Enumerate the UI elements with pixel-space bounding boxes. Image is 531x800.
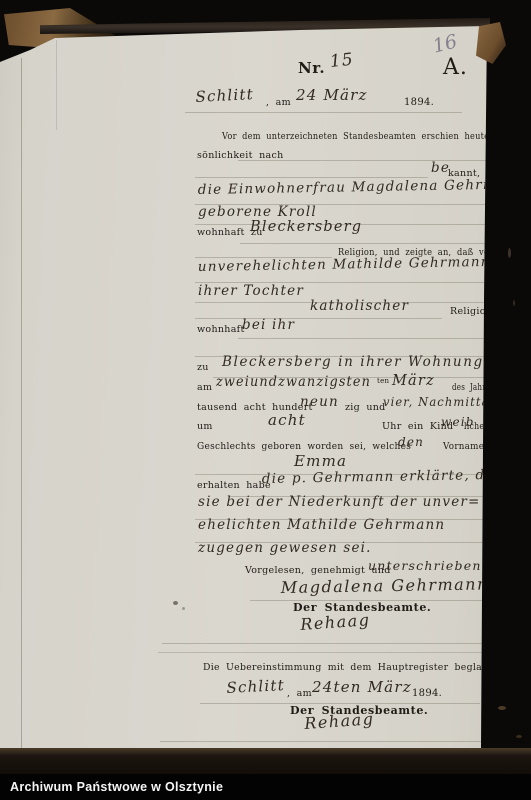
ink-smudge <box>182 607 185 610</box>
record-number-value: 15 <box>329 50 355 72</box>
residence2-label: wohnhaft <box>197 324 245 335</box>
record-number-label: Nr. <box>298 59 325 77</box>
certification-statement: Die Uebereinstimmung mit dem Hauptregist… <box>203 662 511 673</box>
time-label: um <box>197 421 213 432</box>
table-edge-strip <box>0 748 531 774</box>
pencil-folio-number: 16 <box>431 30 460 57</box>
religion-label: Religion, <box>450 306 496 317</box>
intro-line-1: Vor dem unterzeichneten Standesbeamten e… <box>222 131 531 142</box>
form-rule-line <box>185 112 462 113</box>
declarant-signature: Magdalena Gehrmann <box>281 574 489 597</box>
archive-name: Archiwum Państwowe w Olsztynie <box>10 780 223 794</box>
cover-speckle <box>498 706 506 710</box>
certification-registrar-signature: Rehaag <box>304 709 375 733</box>
statement-line-4: zugegen gewesen sei. <box>198 540 372 556</box>
archival-photo-stage: 16 Nr. 15 A. Schlitt , am 24 März 1894. … <box>0 0 531 800</box>
residence-value: Bleckersberg <box>250 219 362 235</box>
section-divider-line <box>158 652 490 653</box>
registrar-signature: Rehaag <box>300 610 371 634</box>
gender-printed: lichen <box>464 421 489 432</box>
year-printed-2: zig und <box>345 402 386 413</box>
year-hand-1: neun <box>300 394 339 410</box>
am-label: , am <box>266 97 291 108</box>
under-page-edge-line <box>56 40 57 130</box>
mother-religion: katholischer <box>310 298 409 314</box>
received-label: erhalten habe <box>197 480 271 491</box>
form-rule-line <box>160 741 490 742</box>
gender-line: Geschlechts geboren worden sei, welches <box>197 441 411 452</box>
year-hand-2: vier, Nachmittags <box>383 394 505 409</box>
ink-smudge <box>173 601 178 605</box>
residence2-value: bei ihr <box>242 317 295 333</box>
statement-line-2: sie bei der Niederkunft der unver= <box>198 494 481 510</box>
vornamen-label: Vornamen <box>443 441 490 452</box>
form-letter: A. <box>443 55 468 80</box>
record-place: Schlitt <box>195 85 254 106</box>
register-page: 16 Nr. 15 A. Schlitt , am 24 März 1894. … <box>0 0 531 800</box>
form-rule-line <box>162 643 487 644</box>
form-rule-line <box>238 338 487 339</box>
page-crease-line <box>21 58 22 752</box>
record-year: 1894. <box>404 97 434 108</box>
child-name: Emma <box>294 452 347 470</box>
leather-corner-top-right <box>476 22 506 64</box>
birthmonth-value: März <box>392 373 435 389</box>
certification-place: Schlitt <box>226 676 285 697</box>
birthday-suffix: ten <box>377 377 389 385</box>
certification-date: 24ten März <box>312 678 412 696</box>
birthplace-label: zu <box>197 362 209 373</box>
declarant-line-2: geborene Kroll <box>198 204 317 220</box>
certification-am-label: , am <box>287 688 312 699</box>
declarant-line-1: die Einwohnerfrau Magdalena Gehrmann <box>198 176 526 198</box>
mother-line-2: ihrer Tochter <box>198 283 304 299</box>
cover-speckle <box>513 300 515 306</box>
archive-caption-bar: Archiwum Państwowe w Olsztynie <box>0 774 531 800</box>
time-value: acht <box>268 411 306 429</box>
year-label: des Jahres <box>452 382 494 393</box>
statement-line-3: ehelichten Mathilde Gehrmann <box>198 517 445 533</box>
record-date: 24 März <box>296 86 368 104</box>
cover-speckle <box>516 735 522 738</box>
birthday-value: zweiundzwanzigsten <box>216 374 371 390</box>
birthday-label: am <box>197 382 212 393</box>
closing-handwritten: unterschrieben <box>368 558 482 573</box>
cover-speckle <box>508 248 511 258</box>
form-rule-line <box>240 243 487 244</box>
certification-year: 1894. <box>412 688 442 699</box>
form-rule-line <box>195 318 442 319</box>
statement-line-1: die p. Gehrmann erklärte, daß <box>262 467 505 487</box>
birthplace-value: Bleckersberg in ihrer Wohnung <box>222 354 484 370</box>
article-handwritten: den <box>398 435 424 449</box>
